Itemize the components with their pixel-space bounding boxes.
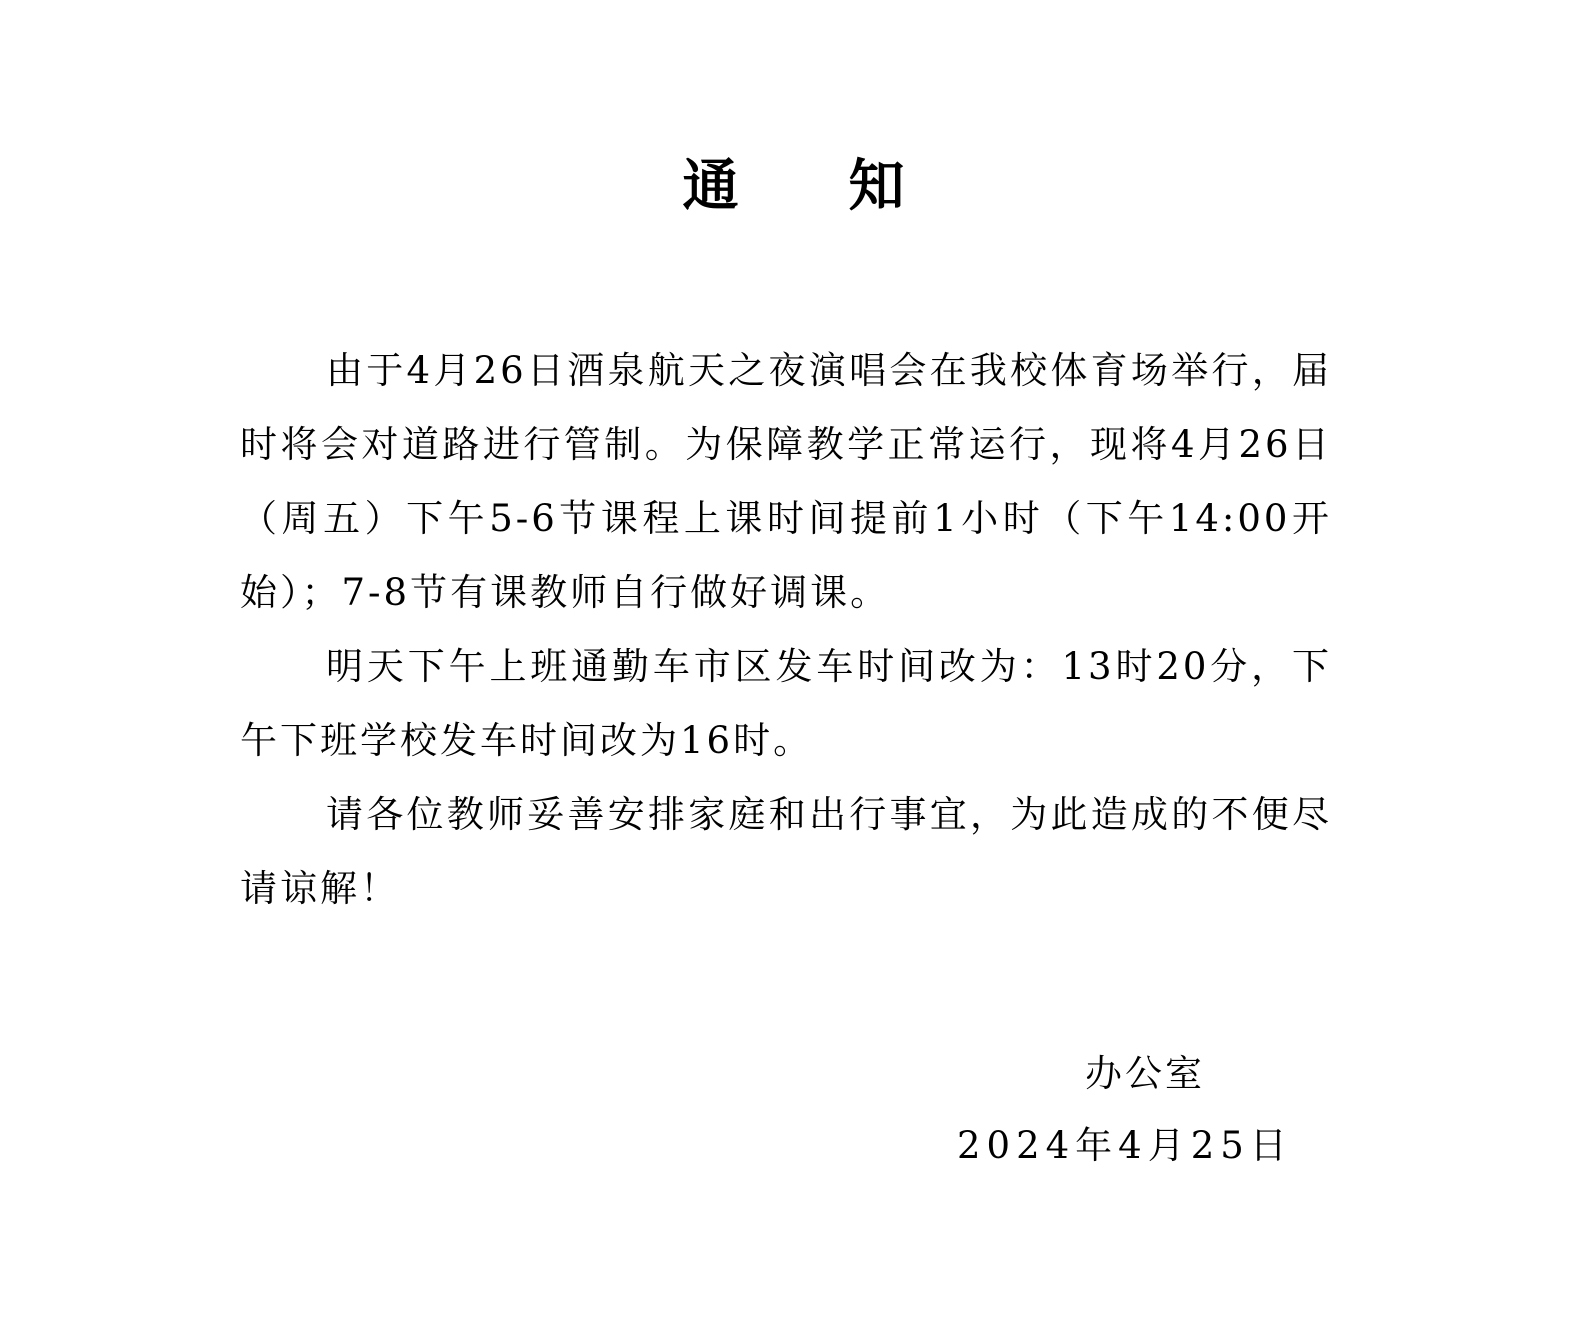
notice-page: 通知 由于4月26日酒泉航天之夜演唱会在我校体育场举行，届时将会对道路进行管制。… — [0, 0, 1587, 1341]
paragraph-apology: 请各位教师妥善安排家庭和出行事宜，为此造成的不便尽请谅解！ — [240, 778, 1332, 926]
notice-title: 通知 — [0, 150, 1587, 222]
issue-date: 2024年4月25日 — [957, 1118, 1293, 1174]
notice-body: 由于4月26日酒泉航天之夜演唱会在我校体育场举行，届时将会对道路进行管制。为保障… — [240, 334, 1332, 926]
issuer-signature: 办公室 — [1085, 1046, 1205, 1102]
paragraph-shuttle-bus: 明天下午上班通勤车市区发车时间改为：13时20分，下午下班学校发车时间改为16时… — [240, 630, 1332, 778]
paragraph-schedule-change: 由于4月26日酒泉航天之夜演唱会在我校体育场举行，届时将会对道路进行管制。为保障… — [240, 334, 1332, 630]
